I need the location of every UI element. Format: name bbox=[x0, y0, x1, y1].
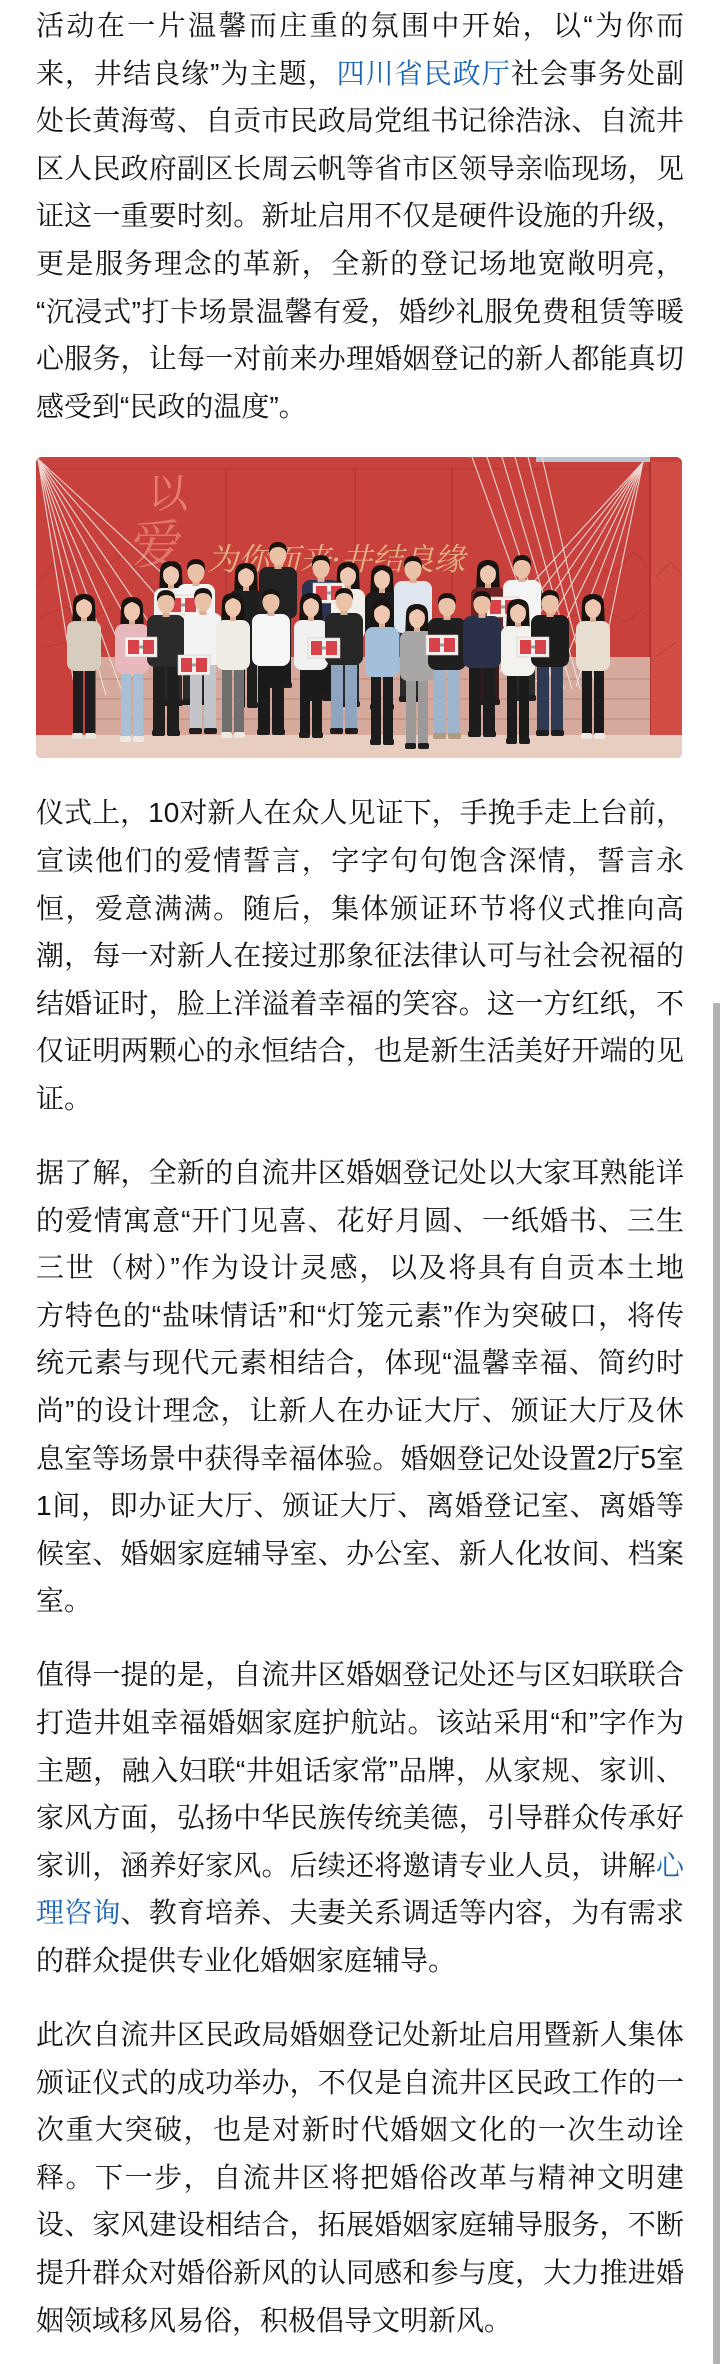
article-paragraph-1: 活动在一片温馨而庄重的氛围中开始，以“为你而 来，井结良缘”为主题，四川省民政厅… bbox=[36, 2, 684, 430]
page-scrollbar[interactable] bbox=[713, 1003, 720, 2364]
article-paragraph-5: 此次自流井区民政局婚姻登记处新址启用暨新人集体 颁证仪式的成功举办，不仅是自流井… bbox=[36, 2011, 684, 2344]
text-segment: 此次自流井区民政局婚姻登记处新址启用暨新人集体 bbox=[36, 2019, 684, 2050]
text-line: 处长黄海莺、自贡市民政局党组书记徐浩泳、自流井 bbox=[36, 97, 684, 145]
text-line: 仪式上，10对新人在众人见证下，手挽手走上台前， bbox=[36, 789, 684, 837]
text-segment: 家风方面，弘扬中华民族传统美德，引导群众传承好 bbox=[36, 1802, 684, 1833]
text-line: 1间，即办证大厅、颁证大厅、离婚登记室、离婚等 bbox=[36, 1482, 684, 1530]
text-segment: 提升群众对婚俗新风的认同感和参与度，大力推进婚 bbox=[36, 2257, 684, 2288]
text-line: 打造井姐幸福婚姻家庭护航站。该站采用“和”字作为 bbox=[36, 1699, 684, 1747]
text-segment: 候室、婚姻家庭辅导室、办公室、新人化妆间、档案 bbox=[36, 1538, 684, 1569]
text-segment: 统元素与现代元素相结合，体现“温馨幸福、简约时 bbox=[36, 1347, 684, 1378]
text-segment: 社会事务处副 bbox=[511, 58, 684, 89]
text-segment: 息室等场景中获得幸福体验。婚姻登记处设置2厅5室 bbox=[36, 1443, 684, 1474]
side-calligraphy-1: 以 bbox=[148, 471, 190, 517]
text-line: “沉浸式”打卡场景温馨有爱，婚纱礼服免费租赁等暖 bbox=[36, 288, 684, 336]
text-segment: 感受到“民政的温度”。 bbox=[36, 391, 307, 422]
text-line: 姻领域移风易俗，积极倡导文明新风。 bbox=[36, 2297, 684, 2345]
text-line: 候室、婚姻家庭辅导室、办公室、新人化妆间、档案 bbox=[36, 1530, 684, 1578]
text-segment: 证这一重要时刻。新址启用不仅是硬件设施的升级， bbox=[36, 200, 684, 231]
text-line: 恒，爱意满满。随后，集体颁证环节将仪式推向高 bbox=[36, 885, 684, 933]
text-line: 活动在一片温馨而庄重的氛围中开始，以“为你而 bbox=[36, 2, 684, 50]
text-line: 家风方面，弘扬中华民族传统美德，引导群众传承好 bbox=[36, 1794, 684, 1842]
text-line: 更是服务理念的革新，全新的登记场地宽敞明亮， bbox=[36, 240, 684, 288]
text-segment: 三世（树）”作为设计灵感，以及将具有自贡本土地 bbox=[36, 1252, 684, 1283]
text-segment: 次重大突破，也是对新时代婚姻文化的一次生动诠 bbox=[36, 2114, 684, 2145]
text-line: 心服务，让每一对前来办理婚姻登记的新人都能真切 bbox=[36, 335, 684, 383]
text-line: 证。 bbox=[36, 1075, 684, 1123]
text-segment: 主题，融入妇联“井姐话家常”品牌，从家规、家训、 bbox=[36, 1755, 684, 1786]
text-line: 来，井结良缘”为主题，四川省民政厅社会事务处副 bbox=[36, 50, 684, 98]
text-segment: 更是服务理念的革新，全新的登记场地宽敞明亮， bbox=[36, 248, 684, 279]
text-line: 三世（树）”作为设计灵感，以及将具有自贡本土地 bbox=[36, 1244, 684, 1292]
text-segment: 设、家风建设相结合，拓展婚姻家庭辅导服务，不断 bbox=[36, 2209, 684, 2240]
text-line: 提升群众对婚俗新风的认同感和参与度，大力推进婚 bbox=[36, 2249, 684, 2297]
text-segment: 释。下一步，自流井区将把婚俗改革与精神文明建 bbox=[36, 2162, 684, 2193]
text-segment: 方特色的“盐味情话”和“灯笼元素”作为突破口，将传 bbox=[36, 1300, 684, 1331]
text-line: 释。下一步，自流井区将把婚俗改革与精神文明建 bbox=[36, 2154, 684, 2202]
text-segment: 颁证仪式的成功举办，不仅是自流井区民政工作的一 bbox=[36, 2067, 684, 2098]
text-line: 此次自流井区民政局婚姻登记处新址启用暨新人集体 bbox=[36, 2011, 684, 2059]
text-line: 理咨询、教育培养、夫妻关系调适等内容，为有需求 bbox=[36, 1889, 684, 1937]
text-line: 区人民政府副区长周云帆等省市区领导亲临现场，见 bbox=[36, 145, 684, 193]
text-line: 方特色的“盐味情话”和“灯笼元素”作为突破口，将传 bbox=[36, 1292, 684, 1340]
text-segment: 打造井姐幸福婚姻家庭护航站。该站采用“和”字作为 bbox=[36, 1707, 684, 1738]
article-body: 活动在一片温馨而庄重的氛围中开始，以“为你而 来，井结良缘”为主题，四川省民政厅… bbox=[36, 2, 684, 2364]
text-line: 宣读他们的爱情誓言，字字句句饱含深情，誓言永 bbox=[36, 837, 684, 885]
text-segment: 仅证明两颗心的永恒结合，也是新生活美好开端的见 bbox=[36, 1035, 684, 1066]
text-segment: 值得一提的是，自流井区婚姻登记处还与区妇联联合 bbox=[36, 1659, 684, 1690]
text-line: 室。 bbox=[36, 1577, 684, 1625]
text-line: 值得一提的是，自流井区婚姻登记处还与区妇联联合 bbox=[36, 1651, 684, 1699]
text-segment: 证。 bbox=[36, 1083, 92, 1114]
link-psychological-counseling[interactable]: 心 bbox=[656, 1850, 684, 1881]
text-segment: 结婚证时，脸上洋溢着幸福的笑容。这一方红纸，不 bbox=[36, 988, 684, 1019]
text-segment: 、教育培养、夫妻关系调适等内容，为有需求 bbox=[121, 1897, 684, 1928]
text-line: 的爱情寓意“开门见喜、花好月圆、一纸婚书、三生 bbox=[36, 1197, 684, 1245]
text-segment: 来，井结良缘”为主题， bbox=[36, 58, 337, 89]
text-line: 颁证仪式的成功举办，不仅是自流井区民政工作的一 bbox=[36, 2059, 684, 2107]
link-psychological-counseling[interactable]: 理咨询 bbox=[36, 1897, 121, 1928]
text-line: 统元素与现代元素相结合，体现“温馨幸福、简约时 bbox=[36, 1339, 684, 1387]
text-line: 潮，每一对新人在接过那象征法律认可与社会祝福的 bbox=[36, 932, 684, 980]
text-line: 据了解，全新的自流井区婚姻登记处以大家耳熟能详 bbox=[36, 1149, 684, 1197]
text-segment: 姻领域移风易俗，积极倡导文明新风。 bbox=[36, 2305, 512, 2336]
text-segment: 区人民政府副区长周云帆等省市区领导亲临现场，见 bbox=[36, 153, 684, 184]
article-paragraph-2: 仪式上，10对新人在众人见证下，手挽手走上台前， 宣读他们的爱情誓言，字字句句饱… bbox=[36, 789, 684, 1122]
text-segment: 1间，即办证大厅、颁证大厅、离婚登记室、离婚等 bbox=[36, 1490, 684, 1521]
text-segment: 家训，涵养好家风。后续还将邀请专业人员，讲解 bbox=[36, 1850, 656, 1881]
text-segment: 处长黄海莺、自贡市民政局党组书记徐浩泳、自流井 bbox=[36, 105, 684, 136]
link-sichuan-civil-affairs-department[interactable]: 四川省民政厅 bbox=[337, 58, 511, 89]
text-line: 感受到“民政的温度”。 bbox=[36, 383, 684, 431]
text-line: 主题，融入妇联“井姐话家常”品牌，从家规、家训、 bbox=[36, 1747, 684, 1795]
text-segment: 心服务，让每一对前来办理婚姻登记的新人都能真切 bbox=[36, 343, 684, 374]
text-line: 的群众提供专业化婚姻家庭辅导。 bbox=[36, 1937, 684, 1985]
text-segment: 潮，每一对新人在接过那象征法律认可与社会祝福的 bbox=[36, 940, 684, 971]
text-line: 次重大突破，也是对新时代婚姻文化的一次生动诠 bbox=[36, 2106, 684, 2154]
text-segment: 宣读他们的爱情誓言，字字句句饱含深情，誓言永 bbox=[36, 845, 684, 876]
event-group-photo[interactable]: 以 爱 为你而来·井结良缘 bbox=[36, 457, 682, 758]
text-segment: 尚”的设计理念，让新人在办证大厅、颁证大厅及休 bbox=[36, 1395, 684, 1426]
text-line: 尚”的设计理念，让新人在办证大厅、颁证大厅及休 bbox=[36, 1387, 684, 1435]
text-line: 设、家风建设相结合，拓展婚姻家庭辅导服务，不断 bbox=[36, 2201, 684, 2249]
text-segment: 的爱情寓意“开门见喜、花好月圆、一纸婚书、三生 bbox=[36, 1205, 684, 1236]
text-line: 结婚证时，脸上洋溢着幸福的笑容。这一方红纸，不 bbox=[36, 980, 684, 1028]
article-paragraph-4: 值得一提的是，自流井区婚姻登记处还与区妇联联合 打造井姐幸福婚姻家庭护航站。该站… bbox=[36, 1651, 684, 1984]
text-line: 证这一重要时刻。新址启用不仅是硬件设施的升级， bbox=[36, 192, 684, 240]
text-segment: 恒，爱意满满。随后，集体颁证环节将仪式推向高 bbox=[36, 893, 684, 924]
text-segment: 活动在一片温馨而庄重的氛围中开始，以“为你而 bbox=[36, 10, 684, 41]
photo-illustration: 以 爱 为你而来·井结良缘 bbox=[36, 457, 682, 758]
article-paragraph-3: 据了解，全新的自流井区婚姻登记处以大家耳熟能详 的爱情寓意“开门见喜、花好月圆、… bbox=[36, 1149, 684, 1625]
text-segment: 的群众提供专业化婚姻家庭辅导。 bbox=[36, 1945, 456, 1976]
text-segment: “沉浸式”打卡场景温馨有爱，婚纱礼服免费租赁等暖 bbox=[36, 296, 684, 327]
text-line: 家训，涵养好家风。后续还将邀请专业人员，讲解心 bbox=[36, 1842, 684, 1890]
text-segment: 仪式上，10对新人在众人见证下，手挽手走上台前， bbox=[36, 797, 684, 828]
text-line: 息室等场景中获得幸福体验。婚姻登记处设置2厅5室 bbox=[36, 1435, 684, 1483]
text-segment: 据了解，全新的自流井区婚姻登记处以大家耳熟能详 bbox=[36, 1157, 684, 1188]
text-line: 仅证明两颗心的永恒结合，也是新生活美好开端的见 bbox=[36, 1027, 684, 1075]
text-segment: 室。 bbox=[36, 1585, 92, 1616]
